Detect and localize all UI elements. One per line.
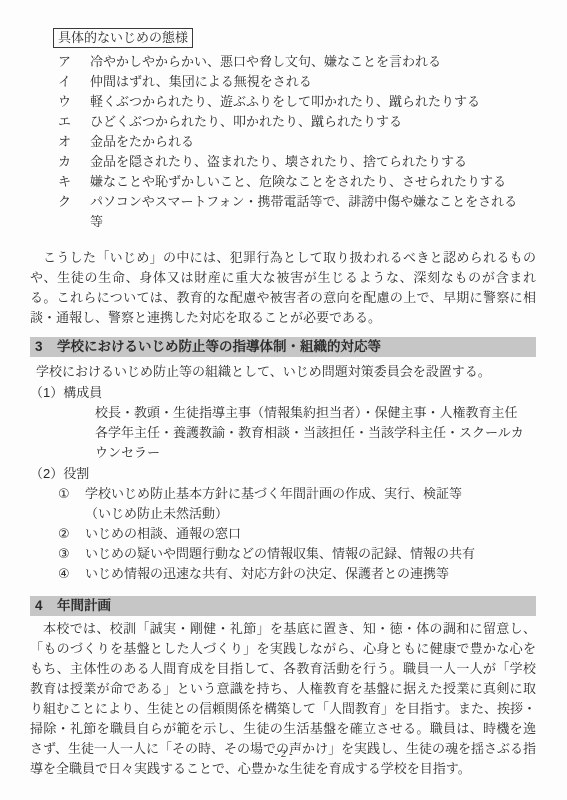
paragraph-crime-handling: こうした「いじめ」の中には、犯罪行為として取り扱われるべきと認められるものや、生… (30, 248, 536, 328)
item-label: キ (58, 172, 90, 192)
list-item: エ ひどくぶつかられたり、叩かれたり、蹴られたりする (30, 112, 536, 132)
role-item: ① 学校いじめ防止基本方針に基づく年間計画の作成、実行、検証等 (30, 484, 536, 504)
list-item: ア 冷やかしやからかい、悪口や脅し文句、嫌なことを言われる (30, 52, 536, 72)
section-title: 学校におけるいじめ防止等の指導体制・組織的対応等 (57, 338, 530, 356)
item-text: 金品を隠されたり、盗まれたり、壊されたり、捨てられたりする (90, 152, 536, 172)
item-label: ク (58, 192, 90, 232)
list-item: イ 仲間はずれ、集団による無視をされる (30, 72, 536, 92)
section-3-header: 3 学校におけるいじめ防止等の指導体制・組織的対応等 (30, 337, 536, 357)
item-text: 仲間はずれ、集団による無視をされる (90, 72, 536, 92)
section-3-intro: 学校におけるいじめ防止等の組織として、いじめ問題対策委員会を設置する。 (30, 362, 536, 382)
role-text: いじめ情報の迅速な共有、対応方針の決定、保護者との連携等 (85, 564, 536, 584)
members-label: （1）構成員 (30, 383, 536, 403)
item-label: カ (58, 152, 90, 172)
document-page: 具体的ないじめの態様 ア 冷やかしやからかい、悪口や脅し文句、嫌なことを言われる… (0, 0, 567, 800)
list-item: カ 金品を隠されたり、盗まれたり、壊されたり、捨てられたりする (30, 152, 536, 172)
section-number: 4 (35, 597, 57, 615)
members-line: 各学年主任・養護教諭・教育相談・当該担任・当該学科主任・スクールカウンセラー (30, 423, 536, 463)
bullying-type-list: ア 冷やかしやからかい、悪口や脅し文句、嫌なことを言われる イ 仲間はずれ、集団… (30, 52, 536, 232)
role-number: ④ (58, 564, 85, 584)
role-number: ① (58, 484, 85, 504)
item-text: 冷やかしやからかい、悪口や脅し文句、嫌なことを言われる (90, 52, 536, 72)
item-label: オ (58, 132, 90, 152)
list-item: オ 金品をたかられる (30, 132, 536, 152)
item-text: パソコンやスマートフォン・携帯電話等で、誹謗中傷や嫌なことをされる 等 (90, 192, 536, 232)
item-text: 金品をたかられる (90, 132, 536, 152)
list-item: ウ 軽くぶつかられたり、遊ぶふりをして叩かれたり、蹴られたりする (30, 92, 536, 112)
role-text: 学校いじめ防止基本方針に基づく年間計画の作成、実行、検証等 (85, 484, 536, 504)
section-title: 年間計画 (57, 597, 530, 615)
list-item: キ 嫌なことや恥ずかしいこと、危険なことをされたり、させられたりする (30, 172, 536, 192)
role-sub-note: （いじめ防止未然活動） (30, 504, 536, 524)
boxed-title: 具体的ないじめの態様 (53, 28, 193, 48)
role-text: いじめの疑いや問題行動などの情報収集、情報の記録、情報の共有 (85, 544, 536, 564)
role-item: ② いじめの相談、通報の窓口 (30, 524, 536, 544)
item-text: 軽くぶつかられたり、遊ぶふりをして叩かれたり、蹴られたりする (90, 92, 536, 112)
item-label: ア (58, 52, 90, 72)
section-4-header: 4 年間計画 (30, 596, 536, 616)
role-item: ④ いじめ情報の迅速な共有、対応方針の決定、保護者との連携等 (30, 564, 536, 584)
item-text: ひどくぶつかられたり、叩かれたり、蹴られたりする (90, 112, 536, 132)
item-label: ウ (58, 92, 90, 112)
section-number: 3 (35, 338, 57, 356)
members-line: 校長・教頭・生徒指導主事（情報集約担当者）・保健主事・人権教育主任 (30, 403, 536, 423)
role-number: ② (58, 524, 85, 544)
item-label: イ (58, 72, 90, 92)
page-number: - 2 - (0, 744, 567, 764)
item-label: エ (58, 112, 90, 132)
role-text: いじめの相談、通報の窓口 (85, 524, 536, 544)
role-list: ① 学校いじめ防止基本方針に基づく年間計画の作成、実行、検証等 （いじめ防止未然… (30, 484, 536, 584)
list-item: ク パソコンやスマートフォン・携帯電話等で、誹謗中傷や嫌なことをされる 等 (30, 192, 536, 232)
roles-label: （2）役割 (30, 464, 536, 484)
role-item: ③ いじめの疑いや問題行動などの情報収集、情報の記録、情報の共有 (30, 544, 536, 564)
item-text: 嫌なことや恥ずかしいこと、危険なことをされたり、させられたりする (90, 172, 536, 192)
role-number: ③ (58, 544, 85, 564)
